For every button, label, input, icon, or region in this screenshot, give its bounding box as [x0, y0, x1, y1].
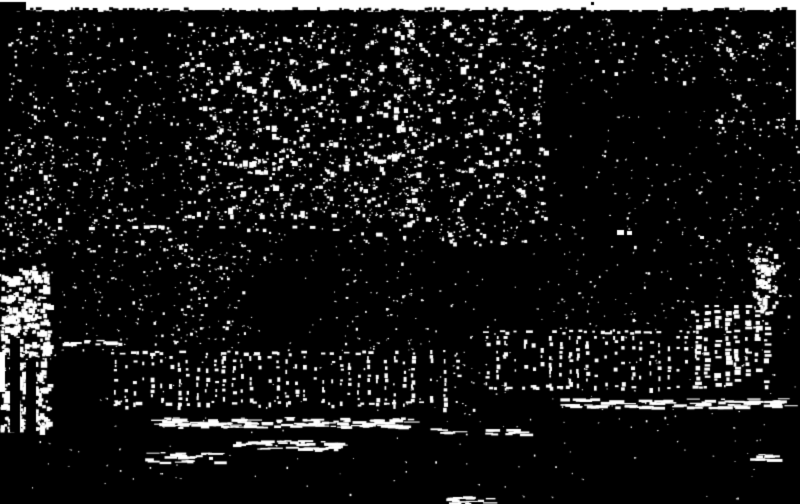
scanned-page-background	[0, 0, 800, 504]
halftone-photograph	[0, 0, 800, 504]
halftone-photograph-canvas	[0, 0, 800, 504]
